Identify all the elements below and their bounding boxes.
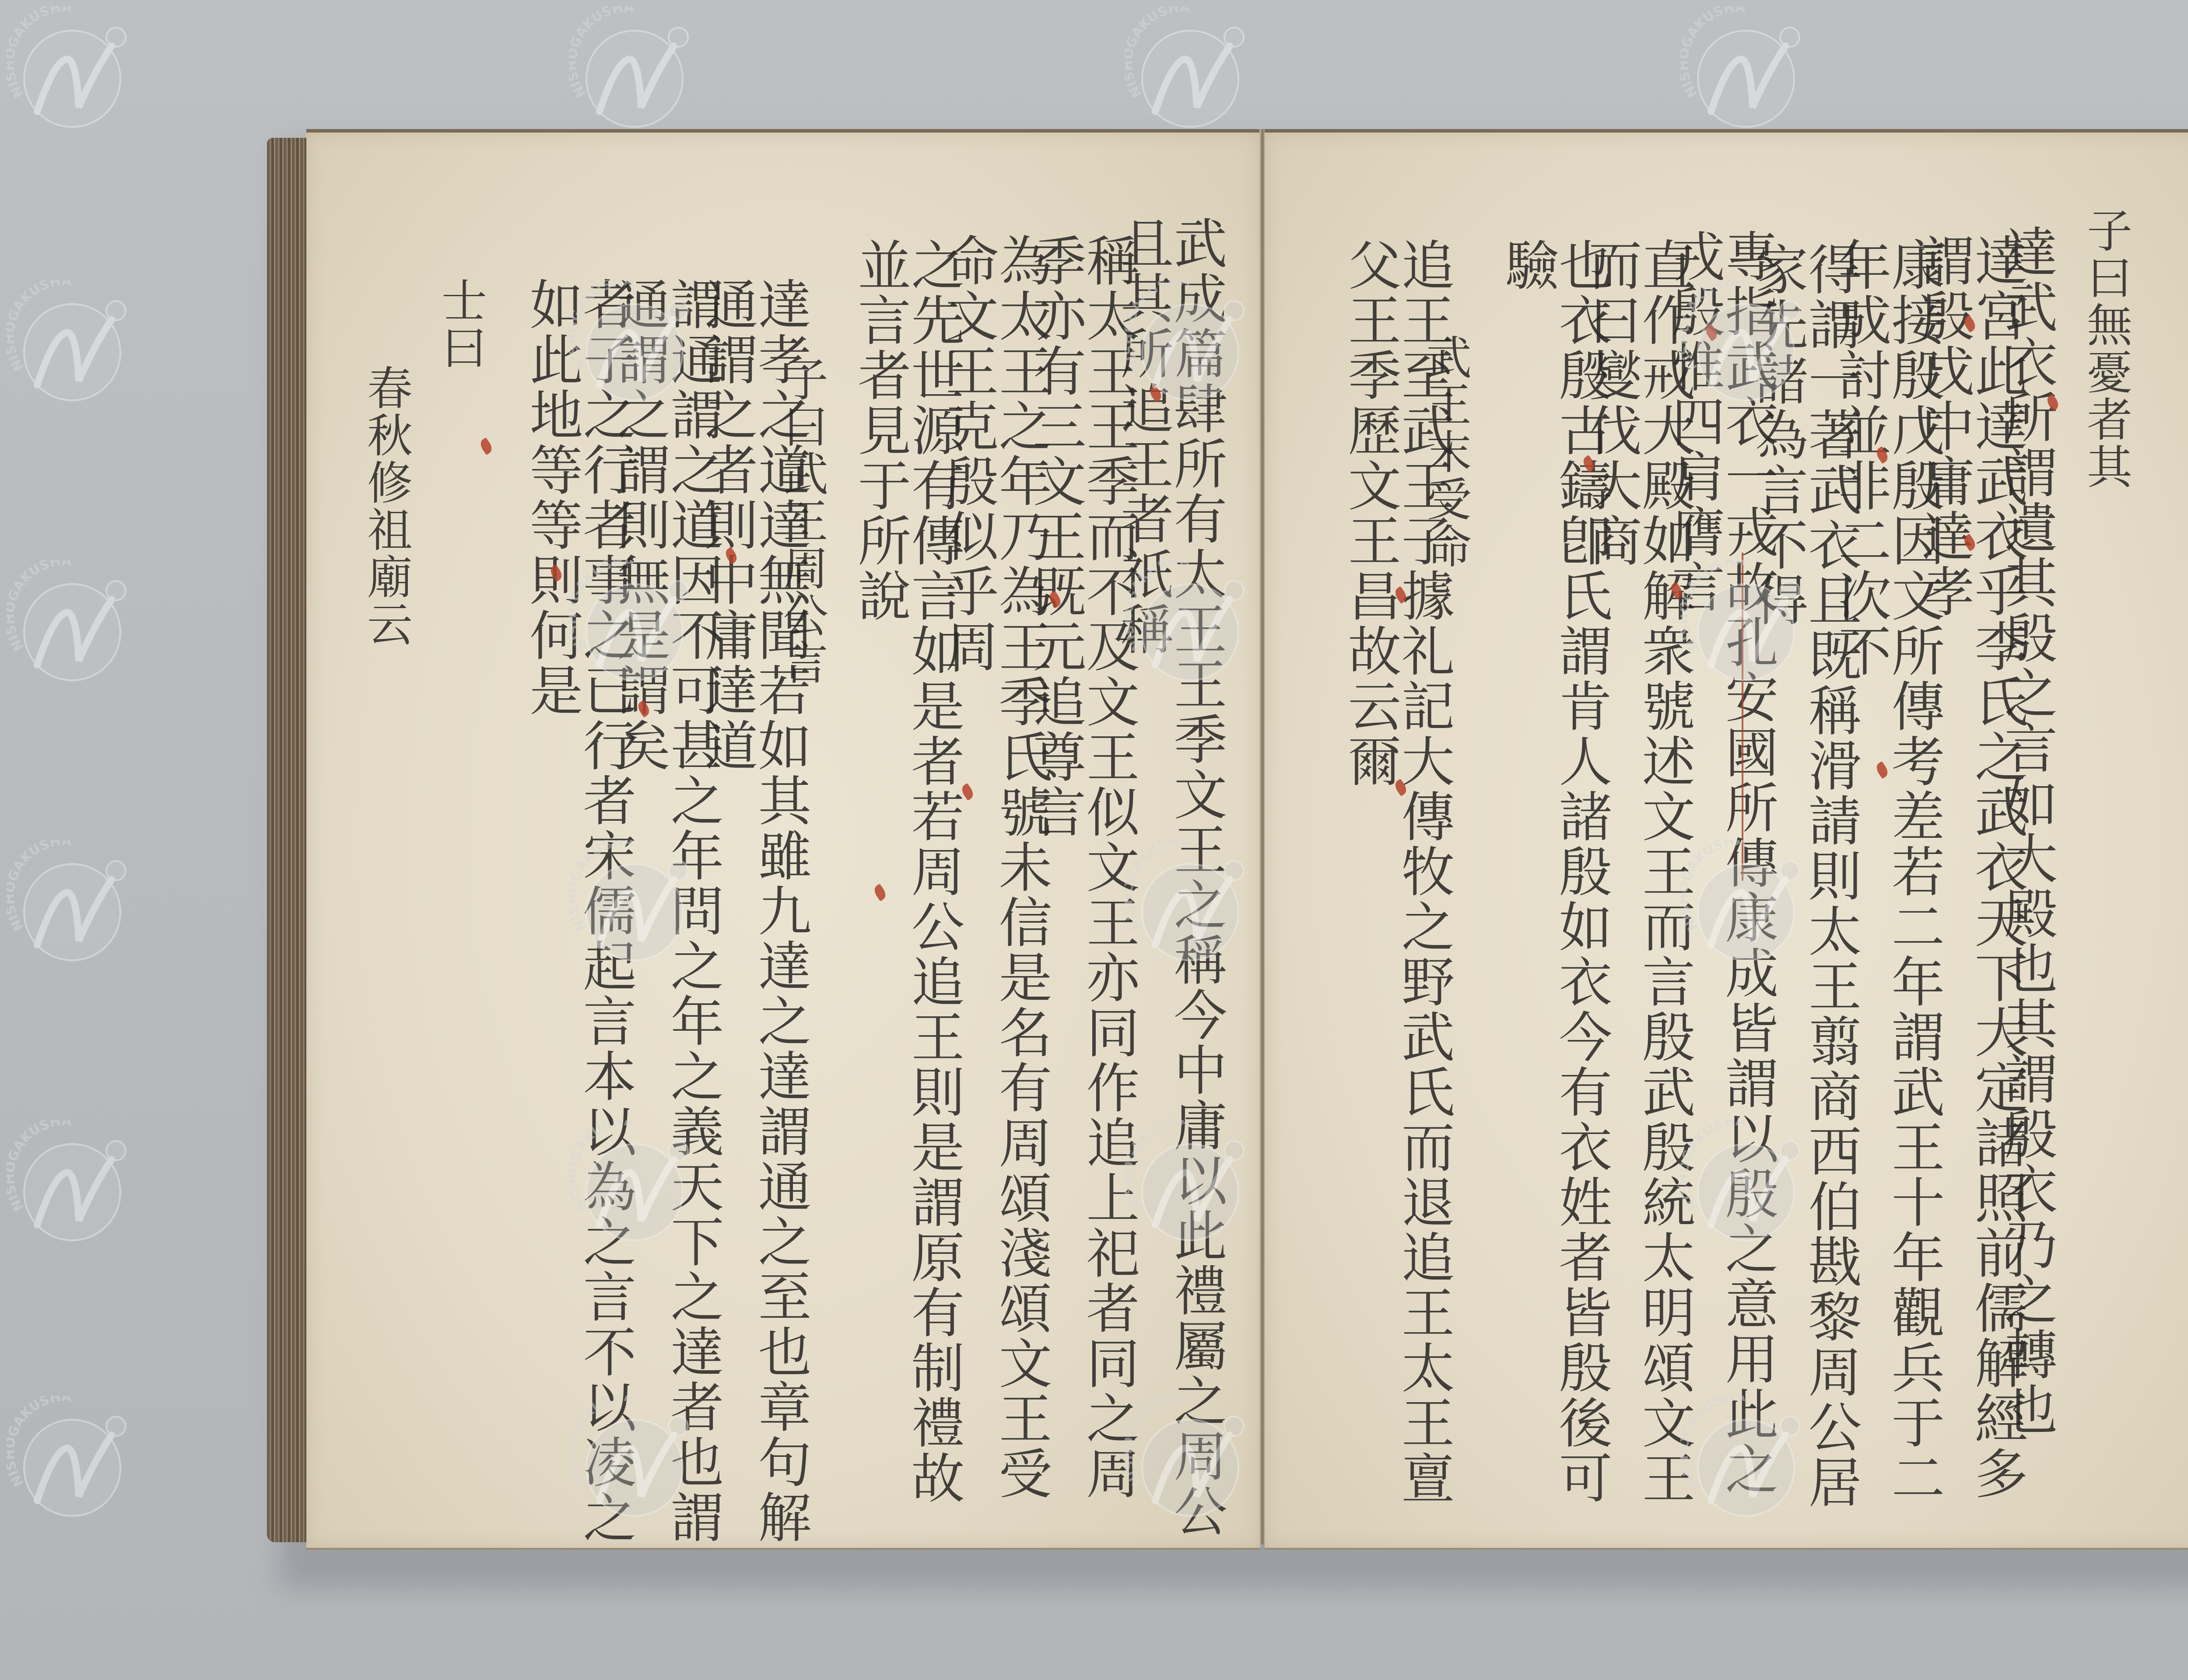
text-column: 之先世源有傳言如是者若周公追王則是謂原有制禮故並言者見于所說 (853, 238, 960, 1548)
svg-text:NISHOGAKUSHA: NISHOGAKUSHA (7, 1120, 72, 1214)
text-column: 士曰 (438, 277, 483, 371)
nishogakusha-logo-icon: NISHOGAKUSHA (7, 560, 138, 691)
svg-text:NISHOGAKUSHA: NISHOGAKUSHA (1680, 7, 1746, 100)
svg-text:NISHOGAKUSHA: NISHOGAKUSHA (1125, 7, 1190, 100)
left-page-stack (267, 138, 309, 1542)
nishogakusha-logo-icon: NISHOGAKUSHA (7, 1396, 138, 1527)
text-column: 者子之行者事之已行者宋儒起言本以為之言不以凌之如此地等等則何是 (525, 277, 632, 1548)
svg-text:NISHOGAKUSHA: NISHOGAKUSHA (7, 280, 72, 374)
nishogakusha-logo-icon: NISHOGAKUSHA (569, 7, 700, 138)
svg-text:NISHOGAKUSHA: NISHOGAKUSHA (569, 7, 635, 100)
nishogakusha-logo-icon: NISHOGAKUSHA (1125, 7, 1256, 138)
svg-text:NISHOGAKUSHA: NISHOGAKUSHA (7, 560, 72, 654)
text-column: 子曰無憂者其 (2083, 207, 2128, 490)
right-page: 子曰無憂者其 達武衣所謂遺其殷之言如大殿也其謂殷衣乃之轉也 達宮此達武衣乎李氏之… (1265, 129, 2188, 1550)
svg-text:NISHOGAKUSHA: NISHOGAKUSHA (7, 1396, 72, 1489)
svg-text:NISHOGAKUSHA: NISHOGAKUSHA (7, 840, 72, 934)
nishogakusha-logo-icon: NISHOGAKUSHA (7, 1120, 138, 1251)
nishogakusha-logo-icon: NISHOGAKUSHA (1680, 7, 1812, 138)
nishogakusha-logo-icon: NISHOGAKUSHA (7, 7, 138, 138)
left-page: 武成篇肆所有太王王季文王之稱今中庸以此禮屬之周公且其所追王者祇稱 稱太王王季而不… (306, 129, 1260, 1550)
text-column: 追王至武王子據礼記大傳牧之野武氏而退追王太王亶父王季歷文王昌故云爾 (1343, 238, 1450, 1548)
red-margin-line (1742, 553, 1743, 881)
svg-text:NISHOGAKUSHA: NISHOGAKUSHA (7, 7, 72, 100)
text-column: 春秋修祖廟云 (363, 364, 409, 648)
open-book: 武成篇肆所有太王王季文王之稱今中庸以此禮屬之周公且其所追王者祇稱 稱太王王季而不… (267, 129, 2188, 1557)
text-column: 也衣殷古鑄卽氏謂肯人諸殷如衣今有衣姓者皆殷後可驗 (1501, 238, 1608, 1548)
red-annotation-mark (478, 437, 494, 455)
nishogakusha-logo-icon: NISHOGAKUSHA (7, 280, 138, 411)
nishogakusha-logo-icon: NISHOGAKUSHA (7, 840, 138, 971)
